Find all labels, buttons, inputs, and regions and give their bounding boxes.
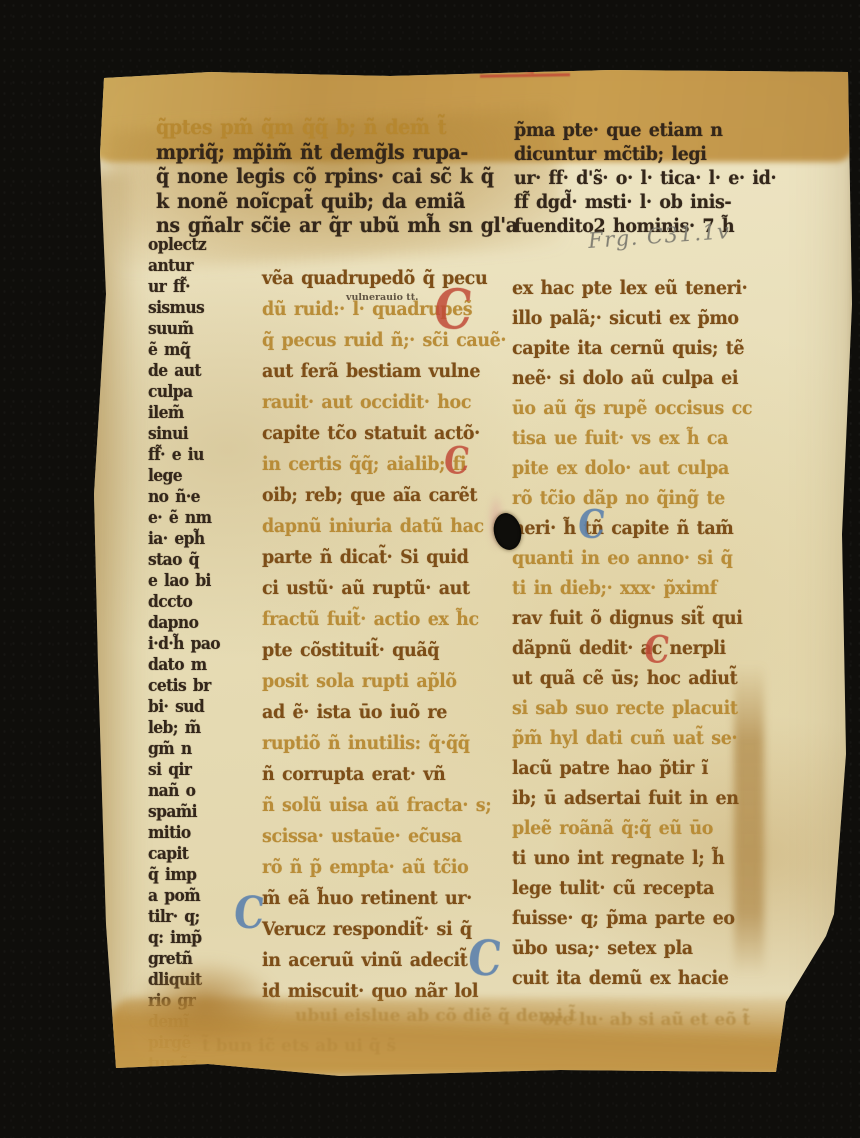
text-line: cuit ita demũ ex hacie bbox=[512, 968, 812, 1000]
text-line: ci ustũ· aũ ruptũ· aut bbox=[262, 578, 510, 611]
text-line: p̃ma pte· que etiam n bbox=[514, 120, 804, 145]
text-line: illo palã;· sicuti ex p̃mo bbox=[512, 308, 812, 340]
text-line: ut quã cẽ ūs; hoc adiut̃ bbox=[512, 668, 812, 700]
text-line: lege bbox=[148, 465, 258, 487]
text-line: pite ex dolo· aut culpa bbox=[512, 458, 812, 490]
text-line: ur ff̃· bbox=[148, 276, 258, 298]
text-line: demĩ bbox=[148, 1011, 258, 1033]
text-line: dapnũ iniuria datũ hac bbox=[262, 516, 510, 549]
text-line: in certis q̃q̃; aialib; fi bbox=[262, 454, 510, 487]
text-line: ruptiõ ñ inutilis: q̃·q̃q̃ bbox=[262, 733, 510, 766]
text-line: dccto bbox=[148, 591, 258, 613]
text-line: si sab suo recte placuit bbox=[512, 698, 812, 730]
text-line: pleẽ roãnã q̃:q̃ eũ ūo bbox=[512, 818, 812, 850]
text-line: ff̃ dgd̃· msti· l· ob inis- bbox=[514, 192, 804, 217]
text-line: ñ corrupta erat· vñ bbox=[262, 764, 510, 797]
text-line: de aut bbox=[148, 360, 258, 382]
text-line: ūo aũ q̃s rupẽ occisus cc bbox=[512, 398, 812, 430]
text-line: si qir bbox=[148, 759, 258, 781]
text-line: ff̃· e iu bbox=[148, 444, 258, 466]
text-line: dliquit bbox=[148, 969, 258, 991]
text-line: bi· sud bbox=[148, 696, 258, 718]
text-line: ñ solũ uisa aũ fracta· s; bbox=[262, 795, 510, 828]
paragraph-initial-blue: C bbox=[576, 505, 607, 544]
text-line: neri· h̃ tñ capite ñ tam̃ bbox=[512, 518, 812, 550]
text-line: sinui bbox=[148, 423, 258, 445]
text-line: capite tc̃o statuit actõ· bbox=[262, 423, 510, 456]
text-line: cetis br bbox=[148, 675, 258, 697]
stain-left-edge bbox=[88, 174, 140, 1054]
text-line: i·d·h̃ pao bbox=[148, 633, 258, 655]
text-line: q̃ pecus ruid ñ;· sc̃i cauẽ· bbox=[262, 330, 510, 363]
text-line: scissa· ustaūe· ec̃usa bbox=[262, 826, 510, 859]
text-line: ad ẽ· ista ūo iuõ re bbox=[262, 702, 510, 735]
text-line: culpa bbox=[148, 381, 258, 403]
faint-line-in-stain: t̃ bun ic̃ ets ab ui q̃ s̃ bbox=[202, 1036, 396, 1056]
text-line: ti uno int regnate l; h̃ bbox=[512, 848, 812, 880]
text-line: m̃ eã h̃uo retinent ur· bbox=[262, 888, 510, 921]
text-line: tur s̃z bbox=[148, 1053, 258, 1075]
text-line: lacũ patre hao p̃tir ĩ bbox=[512, 758, 812, 790]
text-line: suum̃ bbox=[148, 318, 258, 340]
text-column-center: vẽa quadrupedõ q̃ pecudũ ruid:· l· quadr… bbox=[262, 268, 510, 1012]
faint-line-in-stain: ubui eislue ab cõ diẽ q̃ demi t̃ bbox=[295, 1006, 577, 1026]
text-line: gretñ bbox=[148, 948, 258, 970]
text-line: no ñ·e bbox=[148, 486, 258, 508]
text-line: dato m bbox=[148, 654, 258, 676]
text-line: ex hac pte lex eũ teneri· bbox=[512, 278, 812, 310]
text-line: leb; m̃ bbox=[148, 717, 258, 739]
text-block-top-left: q̃ptes pm̃ q̃m q̃q̃ b; ñ dem̃ t̃mpriq̃; … bbox=[156, 116, 516, 239]
red-ink-mark bbox=[480, 68, 572, 82]
manuscript-leaf: q̃ptes pm̃ q̃m q̃q̃ b; ñ dem̃ t̃mpriq̃; … bbox=[90, 64, 852, 1078]
text-line: neẽ· si dolo aũ culpa ei bbox=[512, 368, 812, 400]
text-line: fractũ fuit̃· actio ex h̃c bbox=[262, 609, 510, 642]
text-line: oplectz bbox=[148, 234, 258, 256]
text-line: antur bbox=[148, 255, 258, 277]
text-line: gm̃ n bbox=[148, 738, 258, 760]
text-line: dicuntur mc̃tib; legi bbox=[514, 144, 804, 169]
text-line: k nonẽ noĩcpat̃ quib; da emiã bbox=[156, 190, 516, 216]
text-line: spam̃i bbox=[148, 801, 258, 823]
text-line: ib; ū adsertai fuit in en bbox=[512, 788, 812, 820]
text-line: e· ẽ nm bbox=[148, 507, 258, 529]
text-line: q̃ imp bbox=[148, 864, 258, 886]
text-column-left: oplectzanturur ff̃·sismussuum̃ẽ mq̃de au… bbox=[148, 234, 258, 1074]
text-line: rio gr bbox=[148, 990, 258, 1012]
text-line: tisa ue fuit· vs ex h̃ ca bbox=[512, 428, 812, 460]
text-line: e lao bi bbox=[148, 570, 258, 592]
text-line: ti in dieb;· xxx· p̃ximf bbox=[512, 578, 812, 610]
text-line: ūbo usa;· setex pla bbox=[512, 938, 812, 970]
text-line: p̃m̃ hyl dati cuñ uat̃ se· bbox=[512, 728, 812, 760]
text-line: aut ferã bestiam vulne bbox=[262, 361, 510, 394]
text-line: capite ita cernũ quis; tẽ bbox=[512, 338, 812, 370]
text-line: mitio bbox=[148, 822, 258, 844]
paragraph-initial-blue: C bbox=[232, 891, 266, 935]
text-line: lege tulit· cũ recepta bbox=[512, 878, 812, 910]
text-block-top-right: p̃ma pte· que etiam ndicuntur mc̃tib; le… bbox=[514, 120, 804, 240]
text-line: pte cõstituit̃· quãq̃ bbox=[262, 640, 510, 673]
text-line: q̃ none legis cõ rpins· cai sc̃ k q̃ bbox=[156, 165, 516, 191]
text-line: nañ o bbox=[148, 780, 258, 802]
text-line: parte ñ dicat̃· Si quid bbox=[262, 547, 510, 580]
paragraph-initial-blue: C bbox=[466, 935, 504, 983]
text-line: rõ tc̃io dãp no q̃ing̃ te bbox=[512, 488, 812, 520]
text-line: ẽ mq̃ bbox=[148, 339, 258, 361]
photo-of-manuscript: { "colors": { "bg_black": "#0f0e0b", "pa… bbox=[0, 0, 860, 1138]
text-line: dũ ruid:· l· quadrupes̃ bbox=[262, 299, 510, 332]
text-line: q̃ptes pm̃ q̃m q̃q̃ b; ñ dem̃ t̃ bbox=[156, 116, 516, 142]
interlinear-gloss: vulnerauio tt. bbox=[346, 292, 418, 303]
text-line: rõ ñ p̃ empta· aũ tc̃io bbox=[262, 857, 510, 890]
text-line: ur· ff· d's̃· o· l· tica· l· e· id· bbox=[514, 168, 804, 193]
paragraph-initial-red: C bbox=[442, 443, 471, 480]
text-line: stao q̃ bbox=[148, 549, 258, 571]
text-line: fuisse· q; p̃ma parte eo bbox=[512, 908, 812, 940]
faint-line-in-stain: ore lu· ab si aũ et eõ t̃ bbox=[542, 1010, 750, 1030]
text-line: posit sola rupti ap̃lõ bbox=[262, 671, 510, 704]
text-line: capit bbox=[148, 843, 258, 865]
text-line: quanti in eo anno· si q̃ bbox=[512, 548, 812, 580]
text-line: rauit· aut occidit· hoc bbox=[262, 392, 510, 425]
text-line: mpriq̃; mp̃im̃ ñt demg̃ls rupa- bbox=[156, 141, 516, 167]
text-line: sismus bbox=[148, 297, 258, 319]
text-line: ilem̃ bbox=[148, 402, 258, 424]
text-line: ia· eph̃ bbox=[148, 528, 258, 550]
paragraph-initial-red: C bbox=[431, 282, 474, 337]
paragraph-initial-red: C bbox=[642, 632, 671, 669]
text-line: oib; reb; que aĩa carẽt bbox=[262, 485, 510, 518]
text-line: dapno bbox=[148, 612, 258, 634]
